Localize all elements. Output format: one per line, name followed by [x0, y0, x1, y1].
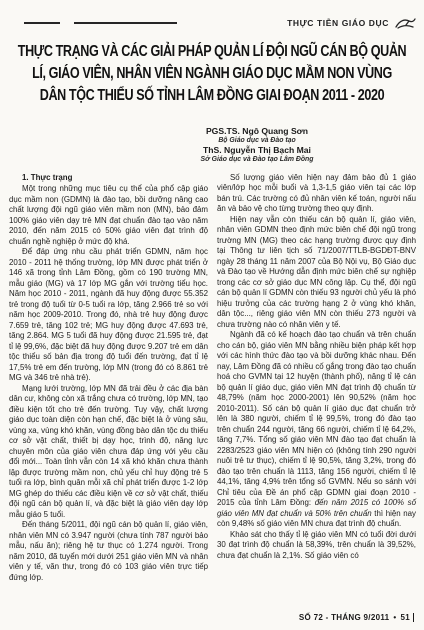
- section-heading: 1. Thực trạng: [9, 173, 208, 184]
- running-header: THỰC TIỄN GIÁO DỤC: [0, 16, 416, 30]
- paragraph: Đến tháng 5/2011, đội ngũ cán bộ quản lí…: [9, 520, 208, 583]
- article-body: 1. Thực trạngMột trong những mục tiêu cụ…: [0, 165, 424, 584]
- issue-label: SỐ 72 - THÁNG 9/2011: [299, 613, 389, 622]
- article-title-line: THỰC TRẠNG VÀ CÁC GIẢI PHÁP QUẢN LÍ ĐỘI …: [8, 40, 416, 62]
- header-dash-rule: [24, 22, 60, 24]
- body-column-right: Số lượng giáo viên hiện nay đảm bảo đủ 1…: [217, 173, 416, 584]
- author-name: PGS.TS. Ngô Quang Sơn: [132, 126, 382, 137]
- body-column-left: 1. Thực trạngMột trong những mục tiêu cụ…: [9, 173, 208, 584]
- paragraph: Số lượng giáo viên hiện nay đảm bảo đủ 1…: [217, 173, 416, 215]
- paragraph: Khảo sát cho thấy tỉ lệ giáo viên MN có …: [217, 530, 416, 562]
- paragraph: Ngành đã có kế hoạch đào tạo chuẩn và tr…: [217, 330, 416, 530]
- article-title-line: LÍ, GIÁO VIÊN, NHÂN VIÊN NGÀNH GIÁO DỤC …: [8, 62, 416, 84]
- author-affiliation: Sở Giáo dục và Đào tạo Lâm Đồng: [132, 156, 382, 165]
- journal-logo-icon: [394, 17, 416, 30]
- page-footer: SỐ 72 - THÁNG 9/2011 • 51: [299, 613, 414, 622]
- page-number: 51: [401, 613, 415, 622]
- author-name: ThS. Nguyễn Thị Bạch Mai: [132, 145, 382, 156]
- paragraph: Hiện nay vẫn còn thiếu cán bộ quản lí, g…: [217, 215, 416, 331]
- author-block: PGS.TS. Ngô Quang Sơn Bộ Giáo dục và Đào…: [132, 126, 382, 165]
- section-running-title: THỰC TIỄN GIÁO DỤC: [287, 18, 389, 28]
- header-rule: [74, 22, 177, 24]
- paragraph: Để đáp ứng nhu cầu phát triển GDMN, năm …: [9, 247, 208, 384]
- journal-page: THỰC TIỄN GIÁO DỤC THỰC TRẠNG VÀ CÁC GIẢ…: [0, 0, 424, 630]
- article-title: THỰC TRẠNG VÀ CÁC GIẢI PHÁP QUẢN LÍ ĐỘI …: [8, 40, 416, 106]
- article-title-line: DÂN TỘC THIỂU SỐ TỈNH LÂM ĐỒNG GIAI ĐOẠN…: [8, 84, 416, 106]
- author-affiliation: Bộ Giáo dục và Đào tạo: [132, 137, 382, 146]
- paragraph: Một trong những mục tiêu cụ thể của phổ …: [9, 184, 208, 247]
- paragraph: Mạng lưới trường, lớp MN đã trải đều ở c…: [9, 384, 208, 521]
- text-run: Ngành đã có kế hoạch đào tạo chuẩn và tr…: [217, 330, 416, 507]
- footer-separator: •: [393, 613, 396, 622]
